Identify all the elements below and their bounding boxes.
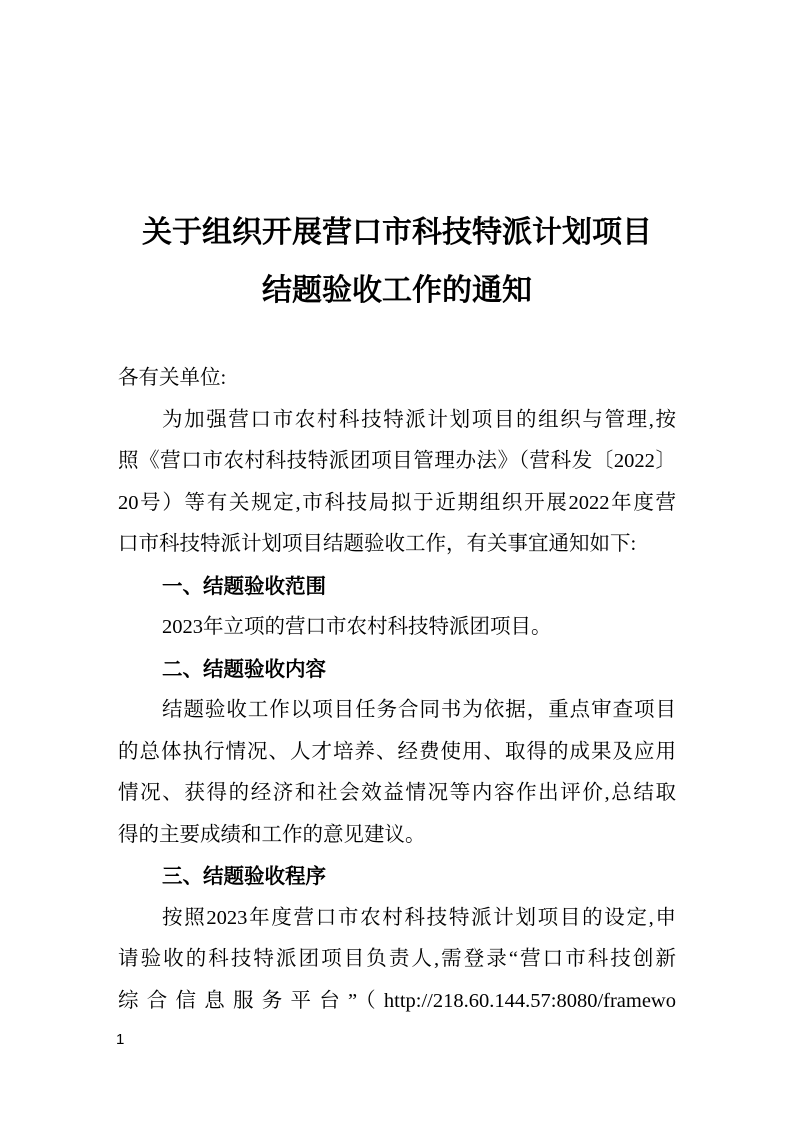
document-page: 关于组织开展营口市科技特派计划项目 结题验收工作的通知 各有关单位: 为加强营口… xyxy=(0,0,794,1123)
paragraph-line: 照《营口市农村科技特派团项目管理办法》（营科发〔2022〕 xyxy=(118,441,676,483)
paragraph-line: 20号）等有关规定,市科技局拟于近期组织开展2022年度营 xyxy=(118,483,676,525)
paragraph-line: 口市科技特派计划项目结题验收工作，有关事宜通知如下: xyxy=(118,524,676,566)
paragraph-line: 按照2023年度营口市农村科技特派计划项目的设定,申 xyxy=(118,898,676,940)
page-number: 1 xyxy=(116,1031,124,1048)
paragraph-line: 2023年立项的营口市农村科技特派团项目。 xyxy=(118,607,676,649)
paragraph-line: 请验收的科技特派团项目负责人,需登录“营口市科技创新 xyxy=(118,939,676,981)
section-heading-1: 一、结题验收范围 xyxy=(118,566,676,608)
paragraph-line: 的总体执行情况、人才培养、经费使用、取得的成果及应用 xyxy=(118,732,676,774)
paragraph-line: 情况、获得的经济和社会效益情况等内容作出评价,总结取 xyxy=(118,773,676,815)
paragraph-line: 得的主要成绩和工作的意见建议。 xyxy=(118,815,676,857)
paragraph-line: 为加强营口市农村科技特派计划项目的组织与管理,按 xyxy=(118,400,676,442)
document-title: 关于组织开展营口市科技特派计划项目 结题验收工作的通知 xyxy=(0,204,794,320)
section-heading-2: 二、结题验收内容 xyxy=(118,649,676,691)
section-heading-3: 三、结题验收程序 xyxy=(118,856,676,898)
document-body: 各有关单位: 为加强营口市农村科技特派计划项目的组织与管理,按 照《营口市农村科… xyxy=(118,358,676,1022)
title-line-1: 关于组织开展营口市科技特派计划项目 xyxy=(0,204,794,262)
salutation-line: 各有关单位: xyxy=(118,358,676,400)
title-line-2: 结题验收工作的通知 xyxy=(0,262,794,320)
paragraph-line: 结题验收工作以项目任务合同书为依据，重点审查项目 xyxy=(118,690,676,732)
paragraph-line-url: 综合信息服务平台”（http://218.60.144.57:8080/fram… xyxy=(118,981,676,1023)
